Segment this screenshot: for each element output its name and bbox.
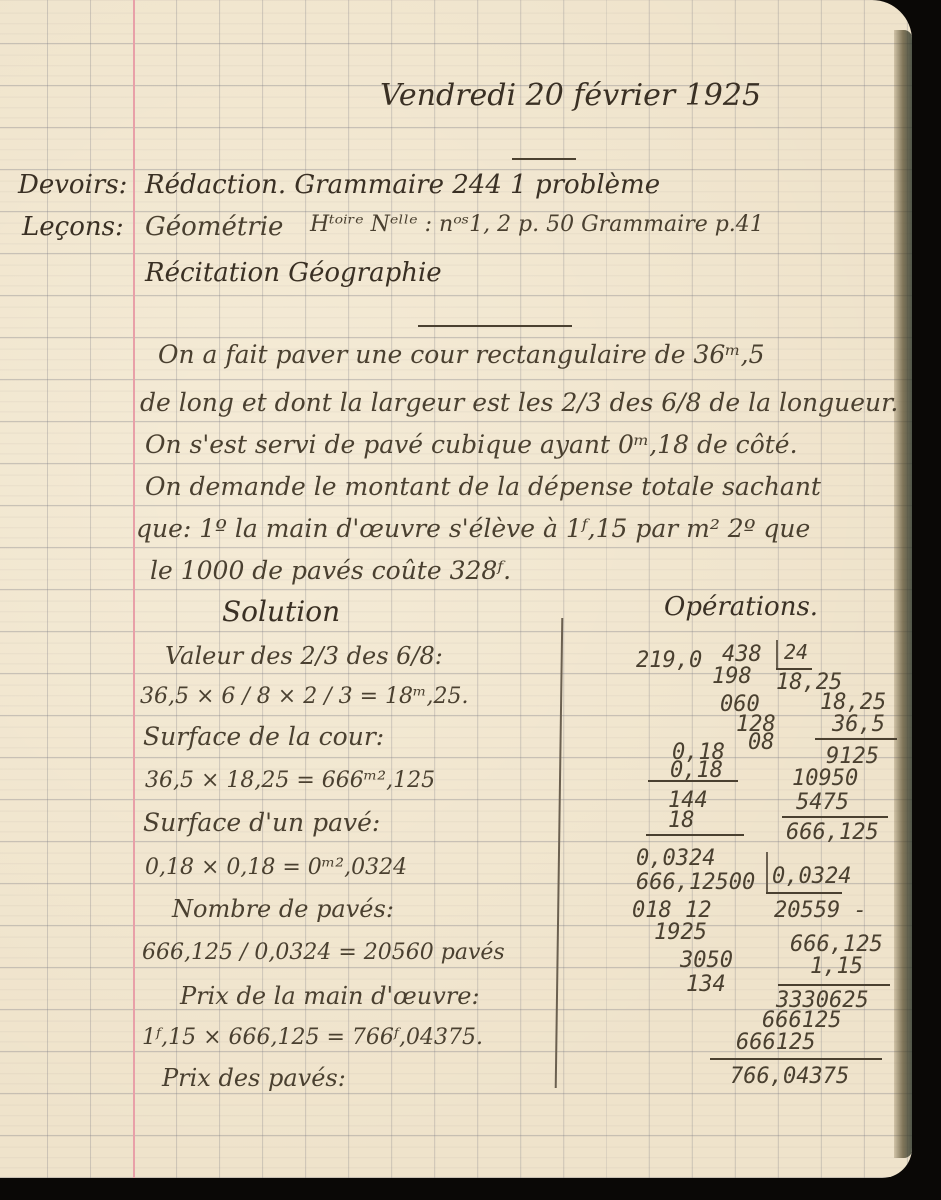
op-number: 10950 bbox=[792, 766, 858, 791]
op-result: 666,125 bbox=[786, 820, 879, 845]
devoirs-label: Devoirs: bbox=[18, 170, 127, 200]
division-bracket bbox=[776, 640, 778, 670]
solution-step-heading: Prix de la main d'œuvre: bbox=[180, 982, 480, 1010]
lecons-text-histoire: Hᵗᵒⁱʳᵉ Nᵉˡˡᵉ : nᵒˢ1, 2 p. 50 Grammaire p… bbox=[310, 212, 764, 237]
op-number: 666,12500 bbox=[636, 870, 755, 895]
notebook-page: Vendredi 20 février 1925 Devoirs: Rédact… bbox=[0, 0, 912, 1178]
op-number: 36,5 bbox=[832, 712, 885, 737]
division-bar bbox=[766, 892, 842, 894]
op-rule bbox=[648, 780, 738, 782]
problem-line: le 1000 de pavés coûte 328ᶠ. bbox=[150, 556, 511, 585]
op-divisor: 24 bbox=[784, 640, 808, 664]
op-number: 18 bbox=[668, 808, 695, 833]
solution-title: Solution bbox=[222, 595, 340, 628]
solution-step-calc: 36,5 × 18,25 = 666ᵐ²,125 bbox=[145, 768, 435, 793]
op-number: 5475 bbox=[796, 790, 849, 815]
section-divider bbox=[418, 325, 572, 327]
solution-step-calc: 1ᶠ,15 × 666,125 = 766ᶠ,04375. bbox=[142, 1025, 483, 1050]
op-rule bbox=[778, 984, 890, 986]
solution-step-heading: Nombre de pavés: bbox=[172, 895, 394, 923]
division-bracket bbox=[766, 852, 768, 894]
op-quotient: 20559 - bbox=[774, 898, 867, 923]
solution-step-calc: 36,5 × 6 / 8 × 2 / 3 = 18ᵐ,25. bbox=[140, 684, 469, 709]
op-result: 0,0324 bbox=[636, 846, 715, 871]
problem-line: que: 1º la main d'œuvre s'élève à 1ᶠ,15 … bbox=[136, 514, 810, 543]
lecons-text-geometrie: Géométrie bbox=[145, 212, 283, 242]
problem-line: On demande le montant de la dépense tota… bbox=[145, 472, 821, 501]
red-margin-line bbox=[133, 0, 135, 1178]
op-number: 666125 bbox=[736, 1030, 815, 1055]
solution-step-heading: Surface de la cour: bbox=[143, 722, 384, 751]
op-number: 198 bbox=[712, 664, 752, 689]
lecons-label: Leçons: bbox=[22, 212, 124, 242]
op-divisor: 0,0324 bbox=[772, 864, 851, 889]
solution-step-heading: Prix des pavés: bbox=[162, 1064, 346, 1092]
op-rule bbox=[646, 834, 744, 836]
op-number: 1925 bbox=[654, 920, 707, 945]
lecons-text-recitation: Récitation Géographie bbox=[145, 258, 442, 288]
date-underline bbox=[512, 158, 576, 160]
solution-step-heading: Valeur des 2/3 des 6/8: bbox=[165, 642, 443, 670]
devoirs-text: Rédaction. Grammaire 244 1 problème bbox=[145, 170, 660, 200]
solution-step-heading: Surface d'un pavé: bbox=[143, 808, 380, 837]
op-number: 134 bbox=[686, 972, 726, 997]
problem-line: de long et dont la largeur est les 2/3 d… bbox=[140, 388, 898, 417]
problem-line: On a fait paver une cour rectangulaire d… bbox=[158, 340, 765, 369]
op-number: 3050 bbox=[680, 948, 733, 973]
notebook-edge bbox=[894, 30, 912, 1158]
op-rule bbox=[815, 738, 897, 740]
op-number: 08 bbox=[748, 730, 775, 755]
operations-title: Opérations. bbox=[664, 592, 818, 622]
op-rule bbox=[710, 1058, 882, 1060]
op-result: 766,04375 bbox=[730, 1064, 849, 1089]
op-number: 219,0 bbox=[636, 648, 702, 673]
problem-line: On s'est servi de pavé cubique ayant 0ᵐ,… bbox=[145, 430, 798, 459]
solution-step-calc: 666,125 / 0,0324 = 20560 pavés bbox=[142, 940, 505, 965]
date-heading: Vendredi 20 février 1925 bbox=[380, 78, 761, 113]
op-rule bbox=[782, 816, 888, 818]
op-number: 1,15 bbox=[810, 954, 863, 979]
solution-step-calc: 0,18 × 0,18 = 0ᵐ²,0324 bbox=[145, 855, 407, 880]
